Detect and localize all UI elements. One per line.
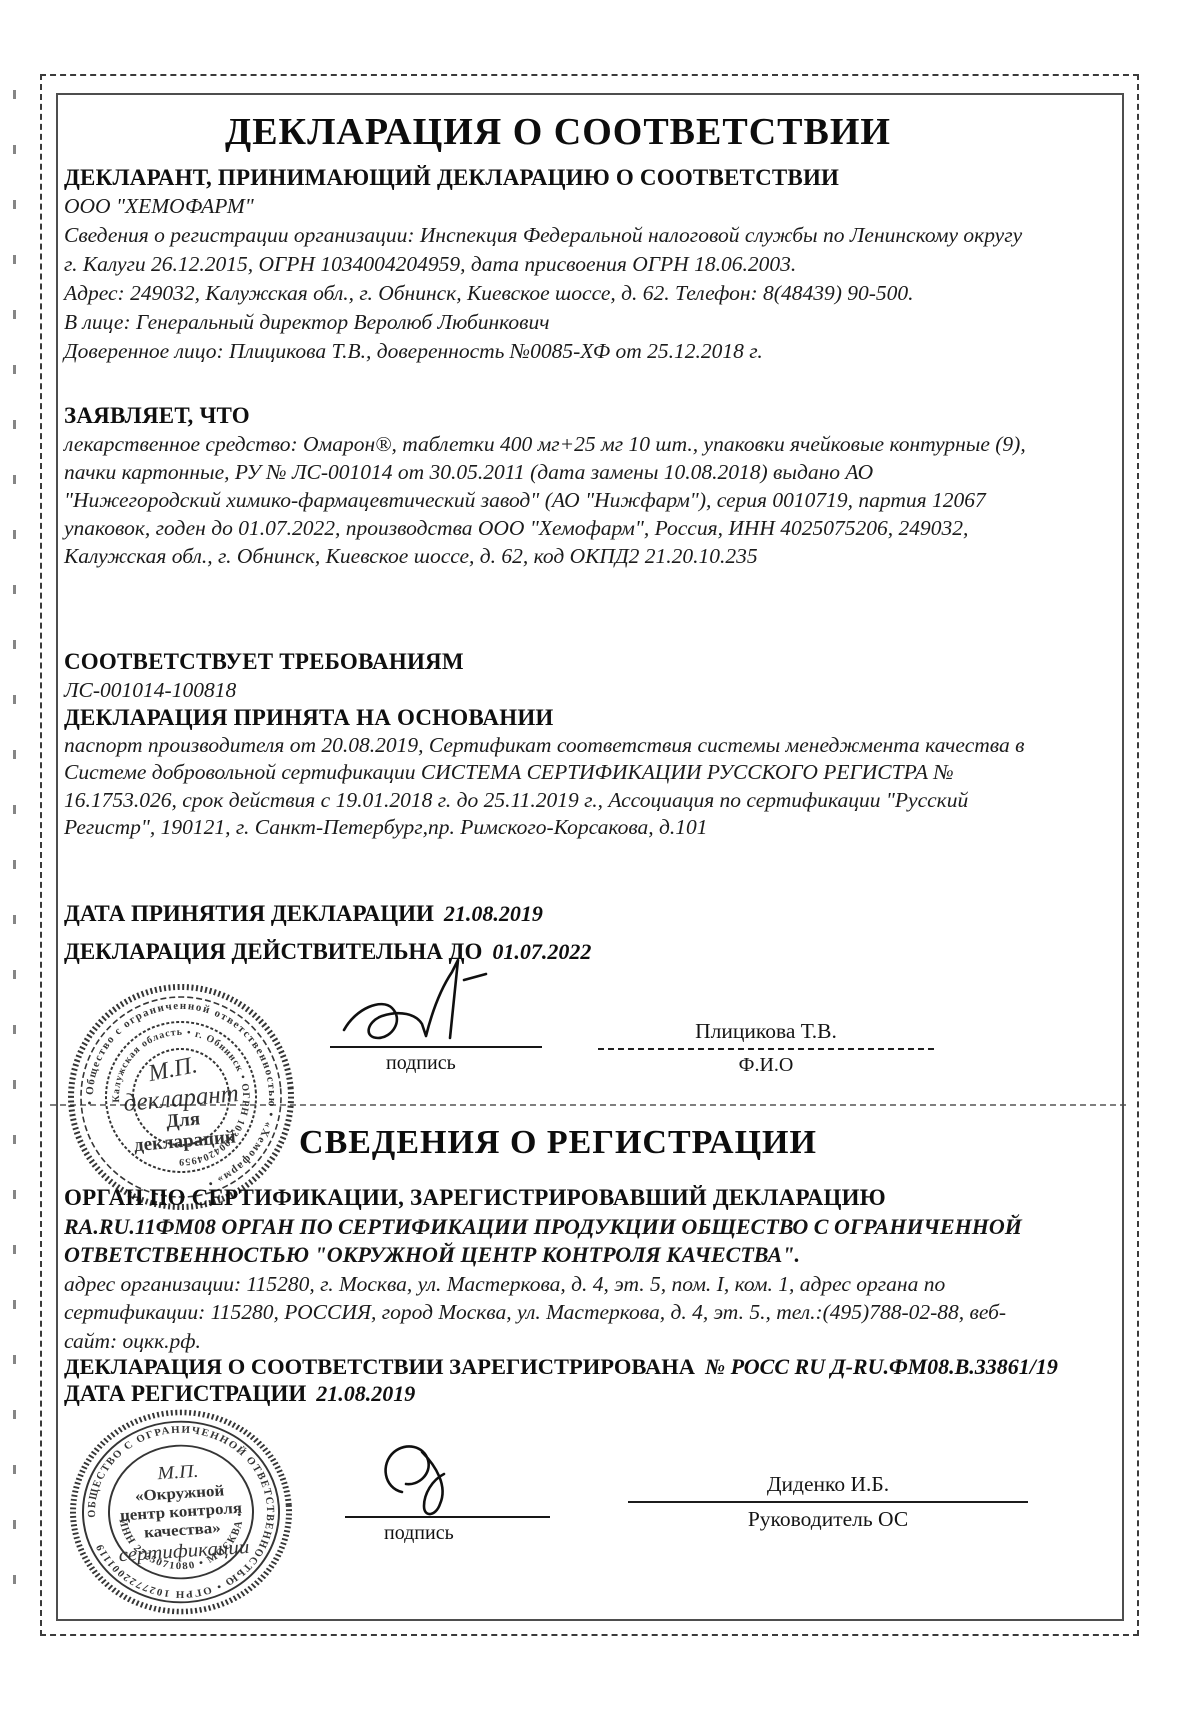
cert-body-heading: ОРГАН ПО СЕРТИФИКАЦИИ, ЗАРЕГИСТРИРОВАВШИ…	[64, 1184, 1114, 1213]
stamp-center-text: качества»	[143, 1518, 221, 1541]
cert-body-line: RA.RU.11ФМ08 ОРГАН ПО СЕРТИФИКАЦИИ ПРОДУ…	[64, 1213, 1114, 1242]
registrar-name-block: Диденко И.Б. Руководитель ОС	[628, 1472, 1028, 1532]
registration-number-value: № РОСС RU Д-RU.ФМ08.В.33861/19	[705, 1354, 1058, 1379]
cert-body-line: ОТВЕТСТВЕННОСТЬЮ "ОКРУЖНОЙ ЦЕНТР КОНТРОЛ…	[64, 1241, 1114, 1270]
declarant-line: г. Калуги 26.12.2015, ОГРН 1034004204959…	[64, 250, 1114, 279]
declares-line: лекарственное средство: Омарон®, таблетк…	[64, 430, 1114, 458]
acceptance-date-row: ДАТА ПРИНЯТИЯ ДЕКЛАРАЦИИ21.08.2019	[64, 901, 543, 927]
name-caption: Ф.И.О	[598, 1054, 934, 1077]
registration-date-label: ДАТА РЕГИСТРАЦИИ	[64, 1381, 306, 1406]
signature-caption: подпись	[384, 1522, 454, 1545]
registration-date-value: 21.08.2019	[316, 1381, 415, 1406]
signature-stroke	[386, 1446, 444, 1514]
basis-section: ДЕКЛАРАЦИЯ ПРИНЯТА НА ОСНОВАНИИ паспорт …	[64, 704, 1114, 842]
signature-line	[330, 1046, 542, 1048]
acceptance-date-value: 21.08.2019	[444, 901, 543, 926]
declarant-company: ООО "ХЕМОФАРМ"	[64, 192, 1114, 221]
scan-artifact-left-marks	[13, 90, 16, 1630]
registrar-name: Диденко И.Б.	[628, 1472, 1028, 1501]
basis-line: 16.1753.026, срок действия с 19.01.2018 …	[64, 787, 1114, 815]
declarant-heading: ДЕКЛАРАНТ, ПРИНИМАЮЩИЙ ДЕКЛАРАЦИЮ О СООТ…	[64, 163, 1114, 192]
acceptance-date-label: ДАТА ПРИНЯТИЯ ДЕКЛАРАЦИИ	[64, 901, 434, 926]
basis-line: Системе добровольной сертификации СИСТЕМ…	[64, 759, 1114, 787]
declares-section: ЗАЯВЛЯЕТ, ЧТО лекарственное средство: Ом…	[64, 402, 1114, 570]
cert-body-address: сертификации: 115280, РОССИЯ, город Моск…	[64, 1298, 1114, 1327]
declares-line: "Нижегородский химико-фармацевтический з…	[64, 486, 1114, 514]
certification-body-section: ОРГАН ПО СЕРТИФИКАЦИИ, ЗАРЕГИСТРИРОВАВШИ…	[64, 1184, 1114, 1356]
conforms-heading: СООТВЕТСТВУЕТ ТРЕБОВАНИЯМ	[64, 648, 1114, 676]
declarant-line: В лице: Генеральный директор Веролюб Люб…	[64, 308, 1114, 337]
registration-date-row: ДАТА РЕГИСТРАЦИИ21.08.2019	[64, 1381, 415, 1407]
declares-line: пачки картонные, РУ № ЛС-001014 от 30.05…	[64, 458, 1114, 486]
registration-number-row: ДЕКЛАРАЦИЯ О СООТВЕТСТВИИ ЗАРЕГИСТРИРОВА…	[64, 1354, 1058, 1380]
basis-line: паспорт производителя от 20.08.2019, Сер…	[64, 732, 1114, 760]
conforms-section: СООТВЕТСТВУЕТ ТРЕБОВАНИЯМ ЛС-001014-1008…	[64, 648, 1114, 704]
declares-line: Калужская обл., г. Обнинск, Киевское шос…	[64, 542, 1114, 570]
signature-caption: подпись	[386, 1052, 456, 1075]
name-underline	[598, 1048, 934, 1050]
name-underline	[628, 1501, 1028, 1503]
document-title: ДЕКЛАРАЦИЯ О СООТВЕТСТВИИ	[58, 110, 1058, 154]
certification-body-stamp: ОБЩЕСТВО С ОГРАНИЧЕННОЙ ОТВЕТСТВЕННОСТЬЮ…	[66, 1406, 296, 1618]
stamp-mp-mark: М.П.	[156, 1461, 200, 1484]
declarant-section: ДЕКЛАРАНТ, ПРИНИМАЮЩИЙ ДЕКЛАРАЦИЮ О СООТ…	[64, 163, 1114, 366]
declarant-name-block: Плицикова Т.В. Ф.И.О	[598, 1019, 934, 1077]
declares-line: упаковок, годен до 01.07.2022, производс…	[64, 514, 1114, 542]
declarant-signature	[328, 950, 568, 1052]
declarant-line: Адрес: 249032, Калужская обл., г. Обнинс…	[64, 279, 1114, 308]
conforms-value: ЛС-001014-100818	[64, 676, 1114, 704]
declarant-stamp: • Общество с ограниченной ответственност…	[64, 980, 298, 1214]
basis-heading: ДЕКЛАРАЦИЯ ПРИНЯТА НА ОСНОВАНИИ	[64, 704, 1114, 732]
registrar-role: Руководитель ОС	[628, 1507, 1028, 1532]
registration-number-label: ДЕКЛАРАЦИЯ О СООТВЕТСТВИИ ЗАРЕГИСТРИРОВА…	[64, 1354, 695, 1379]
registration-section-title: СВЕДЕНИЯ О РЕГИСТРАЦИИ	[58, 1124, 1058, 1162]
declarant-line: Сведения о регистрации организации: Инсп…	[64, 221, 1114, 250]
signature-stroke	[344, 960, 486, 1038]
signature-line	[345, 1516, 550, 1518]
scanned-declaration-document: ДЕКЛАРАЦИЯ О СООТВЕТСТВИИ ДЕКЛАРАНТ, ПРИ…	[0, 0, 1200, 1710]
declares-heading: ЗАЯВЛЯЕТ, ЧТО	[64, 402, 1114, 430]
basis-line: Регистр", 190121, г. Санкт-Петербург,пр.…	[64, 814, 1114, 842]
cert-body-address: сайт: оцкк.рф.	[64, 1327, 1114, 1356]
cert-body-address: адрес организации: 115280, г. Москва, ул…	[64, 1270, 1114, 1299]
registrar-signature	[340, 1428, 560, 1523]
declarant-line: Доверенное лицо: Плицикова Т.В., доверен…	[64, 337, 1114, 366]
declarant-name: Плицикова Т.В.	[598, 1019, 934, 1048]
